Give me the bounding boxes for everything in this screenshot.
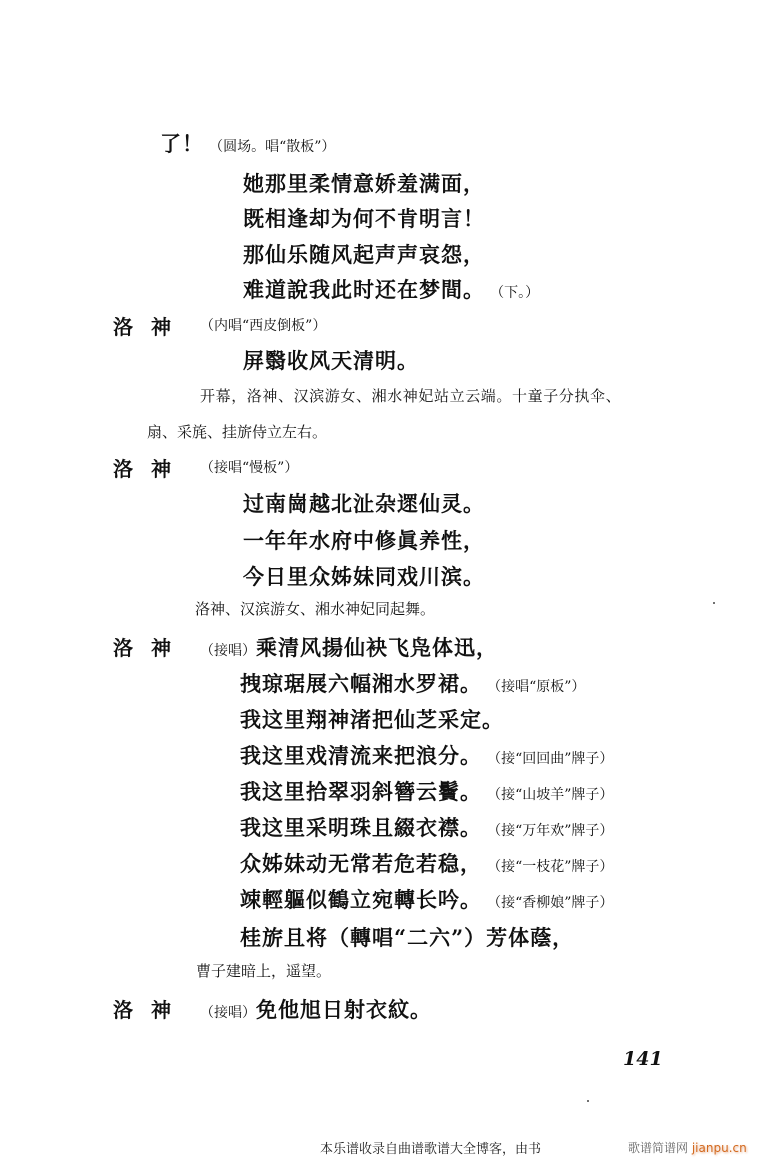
verse-text: 拽琼琚展六幅湘水罗裙。 [240,671,482,696]
verse-line: 过南崗越北沚杂遝仙灵。 [243,488,485,518]
verse-line: 我这里戏清流来把浪分。 （接“回回曲”牌子） [240,740,613,770]
verse-line: 既相逢却为何不肯明言！ [243,203,485,233]
stage-direction: （接唱） [200,1005,256,1021]
scan-speck [713,602,715,604]
continuation-text: 了！ [160,131,204,156]
stage-direction: （下。） [490,285,539,301]
stage-direction-line: 开幕，洛神、汉滨游女、湘水神妃站立云端。十童子分执伞、 [200,385,621,406]
stage-direction: （接唱） [200,643,256,659]
verse-line: （接唱）免他旭日射衣紋。 [200,994,432,1024]
stage-direction: （接“香柳娘”牌子） [487,895,613,911]
verse-line: 我这里采明珠且綴衣襟。 （接“万年欢”牌子） [240,812,613,842]
verse-text: 众姊妹动无常若危若稳， [240,851,482,876]
verse-text: 难道說我此时还在梦間。 [243,277,485,302]
stage-direction: （内唱“西皮倒板”） [200,315,326,335]
verse-line: （接唱）乘清风揚仙袂飞凫体迅， [200,632,498,662]
verse-text: 我这里拾翠羽斜簪云鬢。 [240,779,482,804]
speaker-name: 洛神 [113,311,189,340]
stage-direction: （接“万年欢”牌子） [487,823,613,839]
verse-line: 我这里拾翠羽斜簪云鬢。 （接“山坡羊”牌子） [240,776,613,806]
verse-text: 乘清风揚仙袂飞凫体迅， [256,635,498,660]
stage-direction: （接“回回曲”牌子） [487,751,613,767]
verse-line: 那仙乐随风起声声哀怨， [243,239,485,269]
speaker-name: 洛神 [113,632,189,661]
verse-line: 她那里柔情意娇羞满面， [243,168,485,198]
verse-line: 屏翳收风天清明。 [243,345,419,375]
stage-direction: （接唱“慢板”） [200,457,298,477]
verse-text: 我这里戏清流来把浪分。 [240,743,482,768]
stage-direction: （接“山坡羊”牌子） [487,787,613,803]
page-number: 141 [623,1048,663,1070]
verse-text: 我这里采明珠且綴衣襟。 [240,815,482,840]
stage-direction: （接唱“原板”） [487,679,585,695]
stage-direction-line: 曹子建暗上，遥望。 [196,960,331,981]
watermark-url: jianpu.cn [692,1141,747,1155]
continuation-line: 了！ （圆场。唱“散板”） [160,128,335,158]
footer-notice: 本乐谱收录自曲谱歌谱大全博客，由书 [320,1138,541,1157]
speaker-name: 洛神 [113,453,189,482]
site-watermark: 歌谱简谱网 jianpu.cn [628,1139,747,1156]
verse-line: 难道說我此时还在梦間。 （下。） [243,274,539,304]
speaker-name: 洛神 [113,994,189,1023]
stage-direction: （圆场。唱“散板”） [209,139,335,155]
stage-direction-line: 洛神、汉滨游女、湘水神妃同起舞。 [195,598,435,619]
verse-line: 我这里翔神渚把仙芝采定。 [240,704,504,734]
verse-line: 拽琼琚展六幅湘水罗裙。 （接唱“原板”） [240,668,585,698]
verse-text: 免他旭日射衣紋。 [256,997,432,1022]
verse-line: 众姊妹动无常若危若稳， （接“一枝花”牌子） [240,848,613,878]
verse-line: 今日里众姊妹同戏川滨。 [243,561,485,591]
verse-line: 桂旂且将（轉唱“二六”）芳体蔭， [240,922,574,952]
verse-line: 一年年水府中修眞养性， [243,525,485,555]
verse-text: 竦輕軀似鶴立宛轉长吟。 [240,887,482,912]
stage-direction: （接“一枝花”牌子） [487,859,613,875]
watermark-cn: 歌谱简谱网 [628,1141,688,1155]
scan-speck [587,1100,589,1102]
stage-direction-line: 扇、采旄、挂旂侍立左右。 [147,421,327,442]
verse-line: 竦輕軀似鶴立宛轉长吟。 （接“香柳娘”牌子） [240,884,613,914]
